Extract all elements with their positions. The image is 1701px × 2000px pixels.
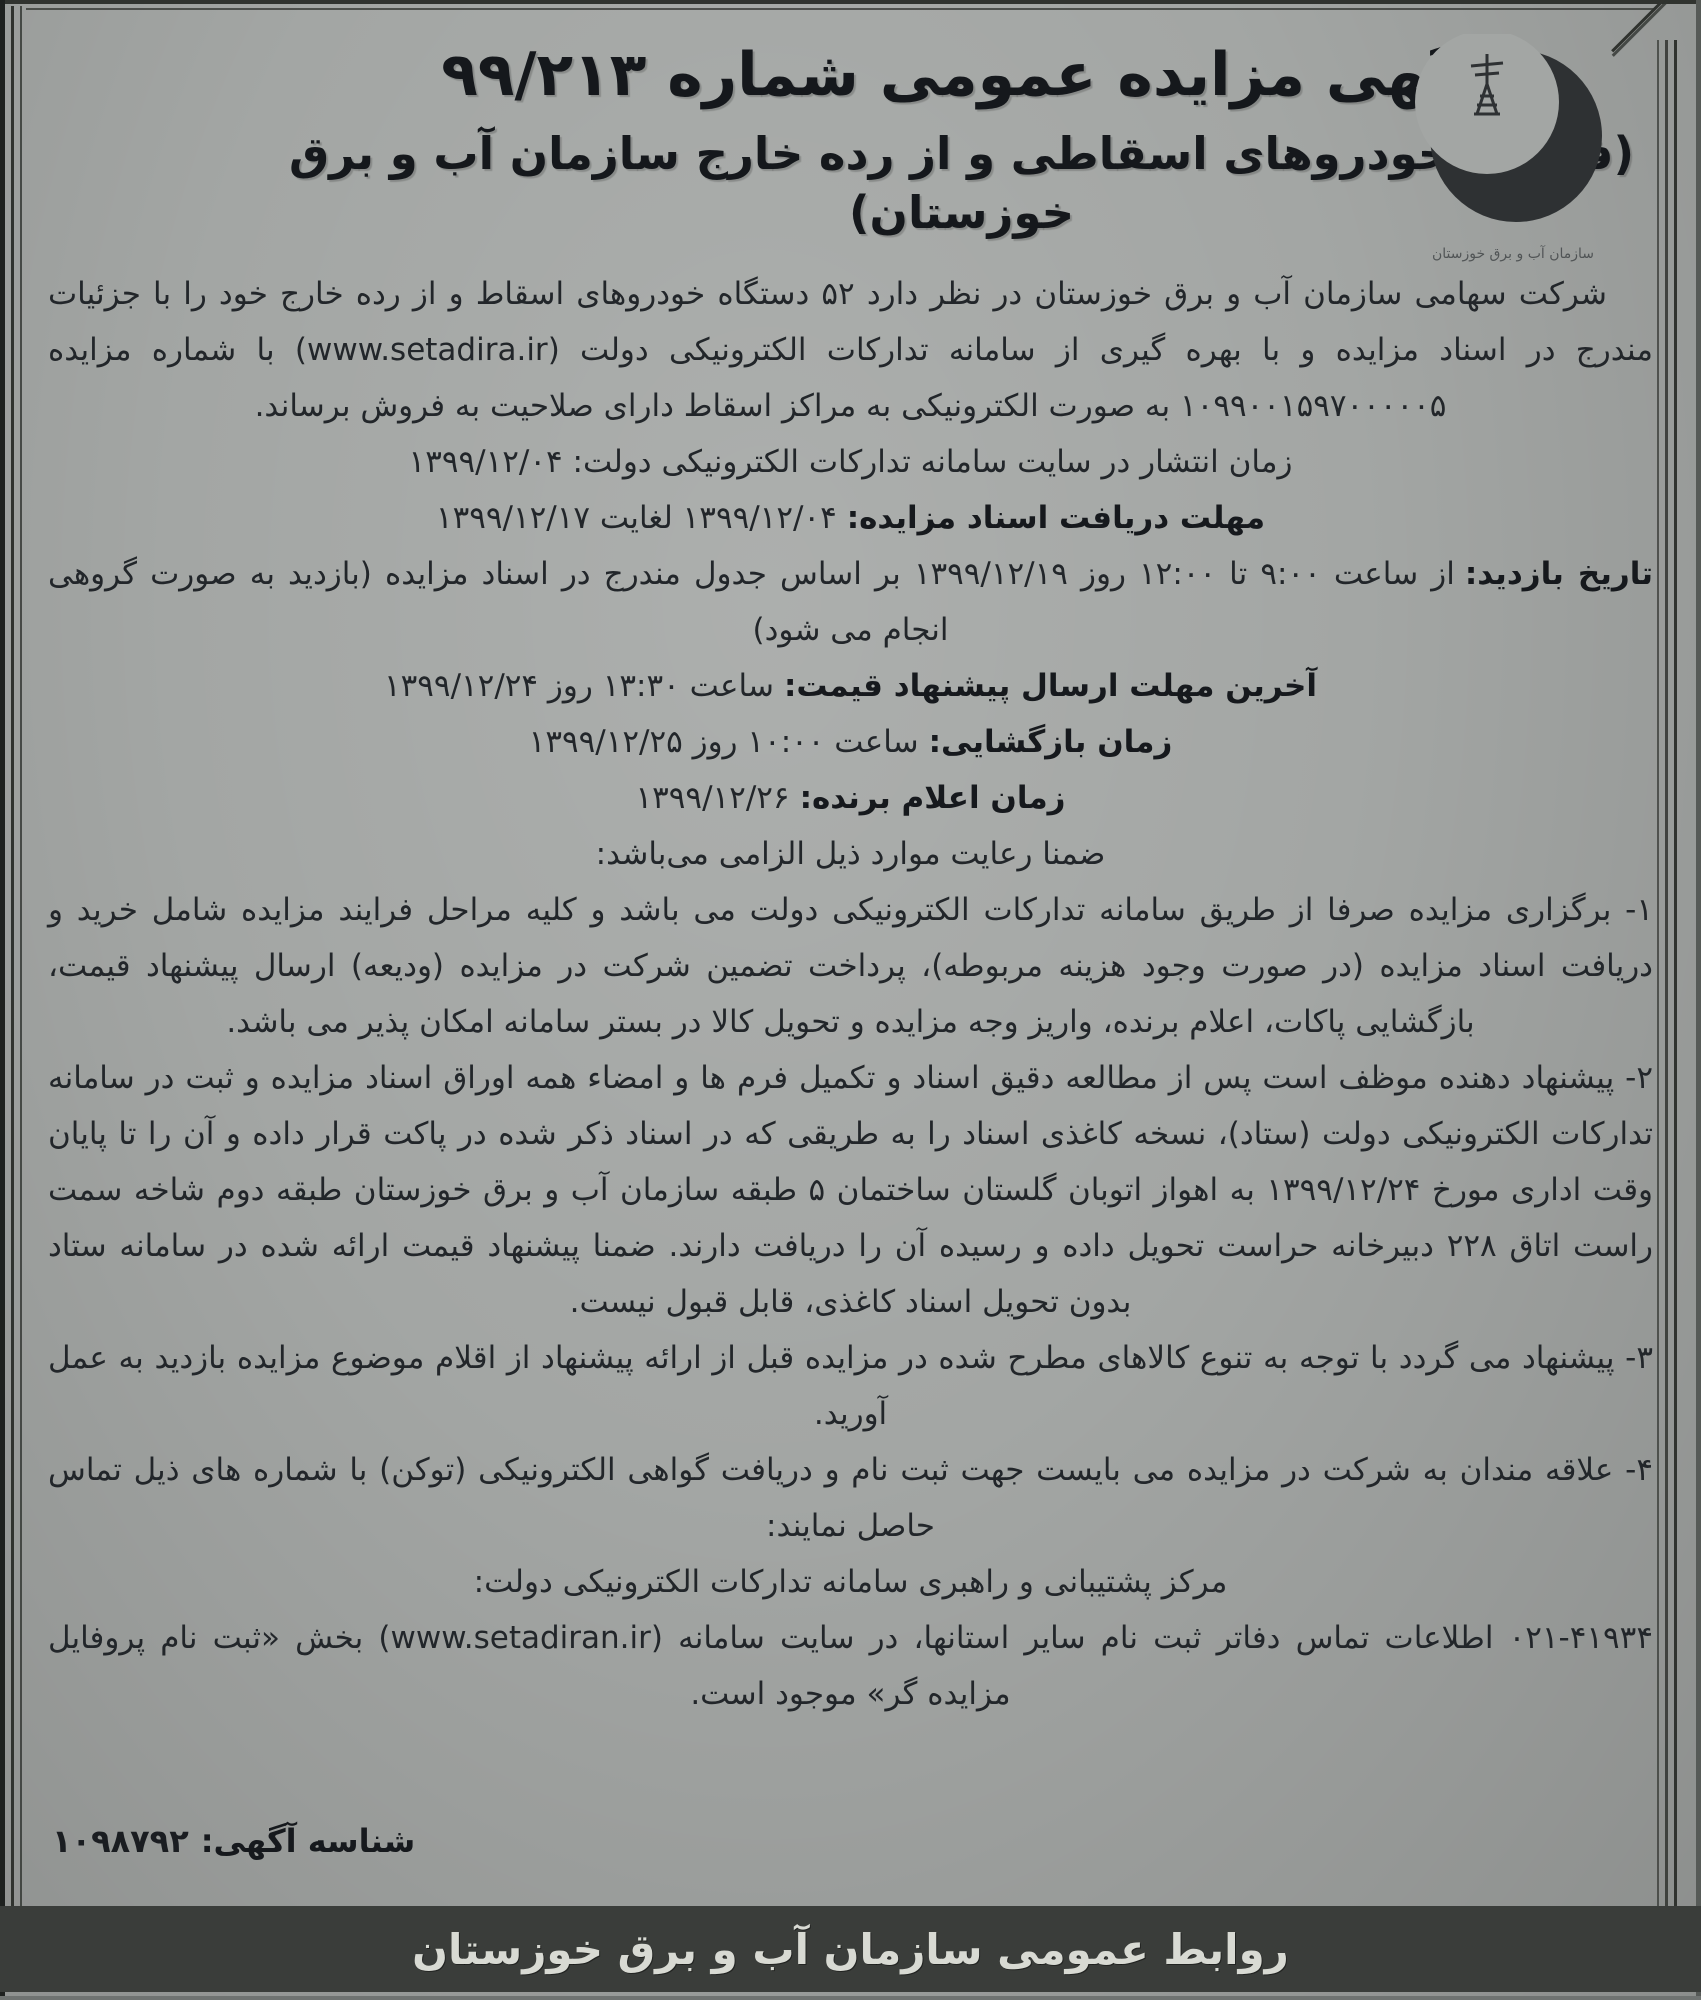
contact-phone-line: ۰۲۱-۴۱۹۳۴ اطلاعات تماس دفاتر ثبت نام سای…	[48, 1610, 1653, 1722]
schedule-text: از ساعت ۹:۰۰ تا ۱۲:۰۰ روز ۱۳۹۹/۱۲/۱۹ بر …	[48, 556, 1455, 648]
frame-border-right-inner	[1665, 40, 1668, 1910]
intro-paragraph: شرکت سهامی سازمان آب و برق خوزستان در نظ…	[48, 266, 1653, 434]
numbered-item-1: ۱- برگزاری مزایده صرفا از طریق سامانه تد…	[48, 882, 1653, 1050]
schedule-label: زمان بازگشایی:	[929, 724, 1173, 760]
footer-text: روابط عمومی سازمان آب و برق خوزستان	[412, 1925, 1289, 1974]
scan-edge-right	[1696, 0, 1701, 2000]
schedule-line-winner-announcement: زمان اعلام برنده:۱۳۹۹/۱۲/۲۶	[48, 770, 1653, 826]
numbered-item-4: ۴- علاقه مندان به شرکت در مزایده می بایس…	[48, 1442, 1653, 1554]
ad-id: شناسه آگهی:۱۰۹۸۷۹۲	[52, 1822, 415, 1860]
schedule-text: زمان انتشار در سایت سامانه تدارکات الکتر…	[409, 444, 1293, 480]
ad-id-value: ۱۰۹۸۷۹۲	[52, 1822, 189, 1860]
notice-body: شرکت سهامی سازمان آب و برق خوزستان در نظ…	[48, 266, 1653, 1722]
frame-border-top	[0, 0, 1701, 4]
frame-border-right	[1674, 40, 1677, 1910]
numbered-item-3: ۳- پیشنهاد می گردد با توجه به تنوع کالاه…	[48, 1330, 1653, 1442]
contact-support-center-line: مرکز پشتیبانی و راهبری سامانه تدارکات ال…	[48, 1554, 1653, 1610]
footer-bar: روابط عمومی سازمان آب و برق خوزستان	[0, 1906, 1701, 1992]
scan-edge-bottom	[0, 1996, 1701, 2000]
organization-logo: سازمان آب و برق خوزستان	[1413, 34, 1613, 262]
notice-content: سازمان آب و برق خوزستان آگهی مزایده عموم…	[48, 24, 1653, 1722]
frame-border-left-inner	[20, 6, 22, 1910]
schedule-line-compliance-note: ضمنا رعایت موارد ذیل الزامی می‌باشد:	[48, 826, 1653, 882]
schedule-text: ۱۳۹۹/۱۲/۰۴ لغایت ۱۳۹۹/۱۲/۱۷	[436, 500, 837, 536]
schedule-line-opening-time: زمان بازگشایی:ساعت ۱۰:۰۰ روز ۱۳۹۹/۱۲/۲۵	[48, 714, 1653, 770]
schedule-label: آخرین مهلت ارسال پیشنهاد قیمت:	[784, 668, 1317, 704]
scan-edge-left	[0, 0, 5, 2000]
schedule-text: ساعت ۱۰:۰۰ روز ۱۳۹۹/۱۲/۲۵	[529, 724, 919, 760]
frame-border-right-inner2	[1657, 40, 1659, 1910]
schedule-text: ضمنا رعایت موارد ذیل الزامی می‌باشد:	[596, 836, 1106, 872]
schedule-label: مهلت دریافت اسناد مزایده:	[847, 500, 1265, 536]
scanned-auction-notice: { "page": { "paper_color": "#a3a6a4", "i…	[0, 0, 1701, 2000]
schedule-line-docs-deadline: مهلت دریافت اسناد مزایده:۱۳۹۹/۱۲/۰۴ لغای…	[48, 490, 1653, 546]
schedule-line-publish-date: زمان انتشار در سایت سامانه تدارکات الکتر…	[48, 434, 1653, 490]
frame-border-left	[11, 6, 14, 1910]
numbered-item-2: ۲- پیشنهاد دهنده موظف است پس از مطالعه د…	[48, 1050, 1653, 1330]
water-power-crescent-icon	[1413, 34, 1613, 240]
schedule-text: ساعت ۱۳:۳۰ روز ۱۳۹۹/۱۲/۲۴	[384, 668, 774, 704]
schedule-line-bid-deadline: آخرین مهلت ارسال پیشنهاد قیمت:ساعت ۱۳:۳۰…	[48, 658, 1653, 714]
ad-id-label: شناسه آگهی:	[201, 1822, 415, 1860]
schedule-label: زمان اعلام برنده:	[800, 780, 1066, 816]
schedule-label: تاریخ بازدید:	[1465, 556, 1653, 592]
logo-caption: سازمان آب و برق خوزستان	[1413, 246, 1613, 262]
frame-border-top-inner	[26, 8, 1655, 10]
schedule-line-visit-date: تاریخ بازدید:از ساعت ۹:۰۰ تا ۱۲:۰۰ روز ۱…	[48, 546, 1653, 658]
schedule-text: ۱۳۹۹/۱۲/۲۶	[635, 780, 789, 816]
